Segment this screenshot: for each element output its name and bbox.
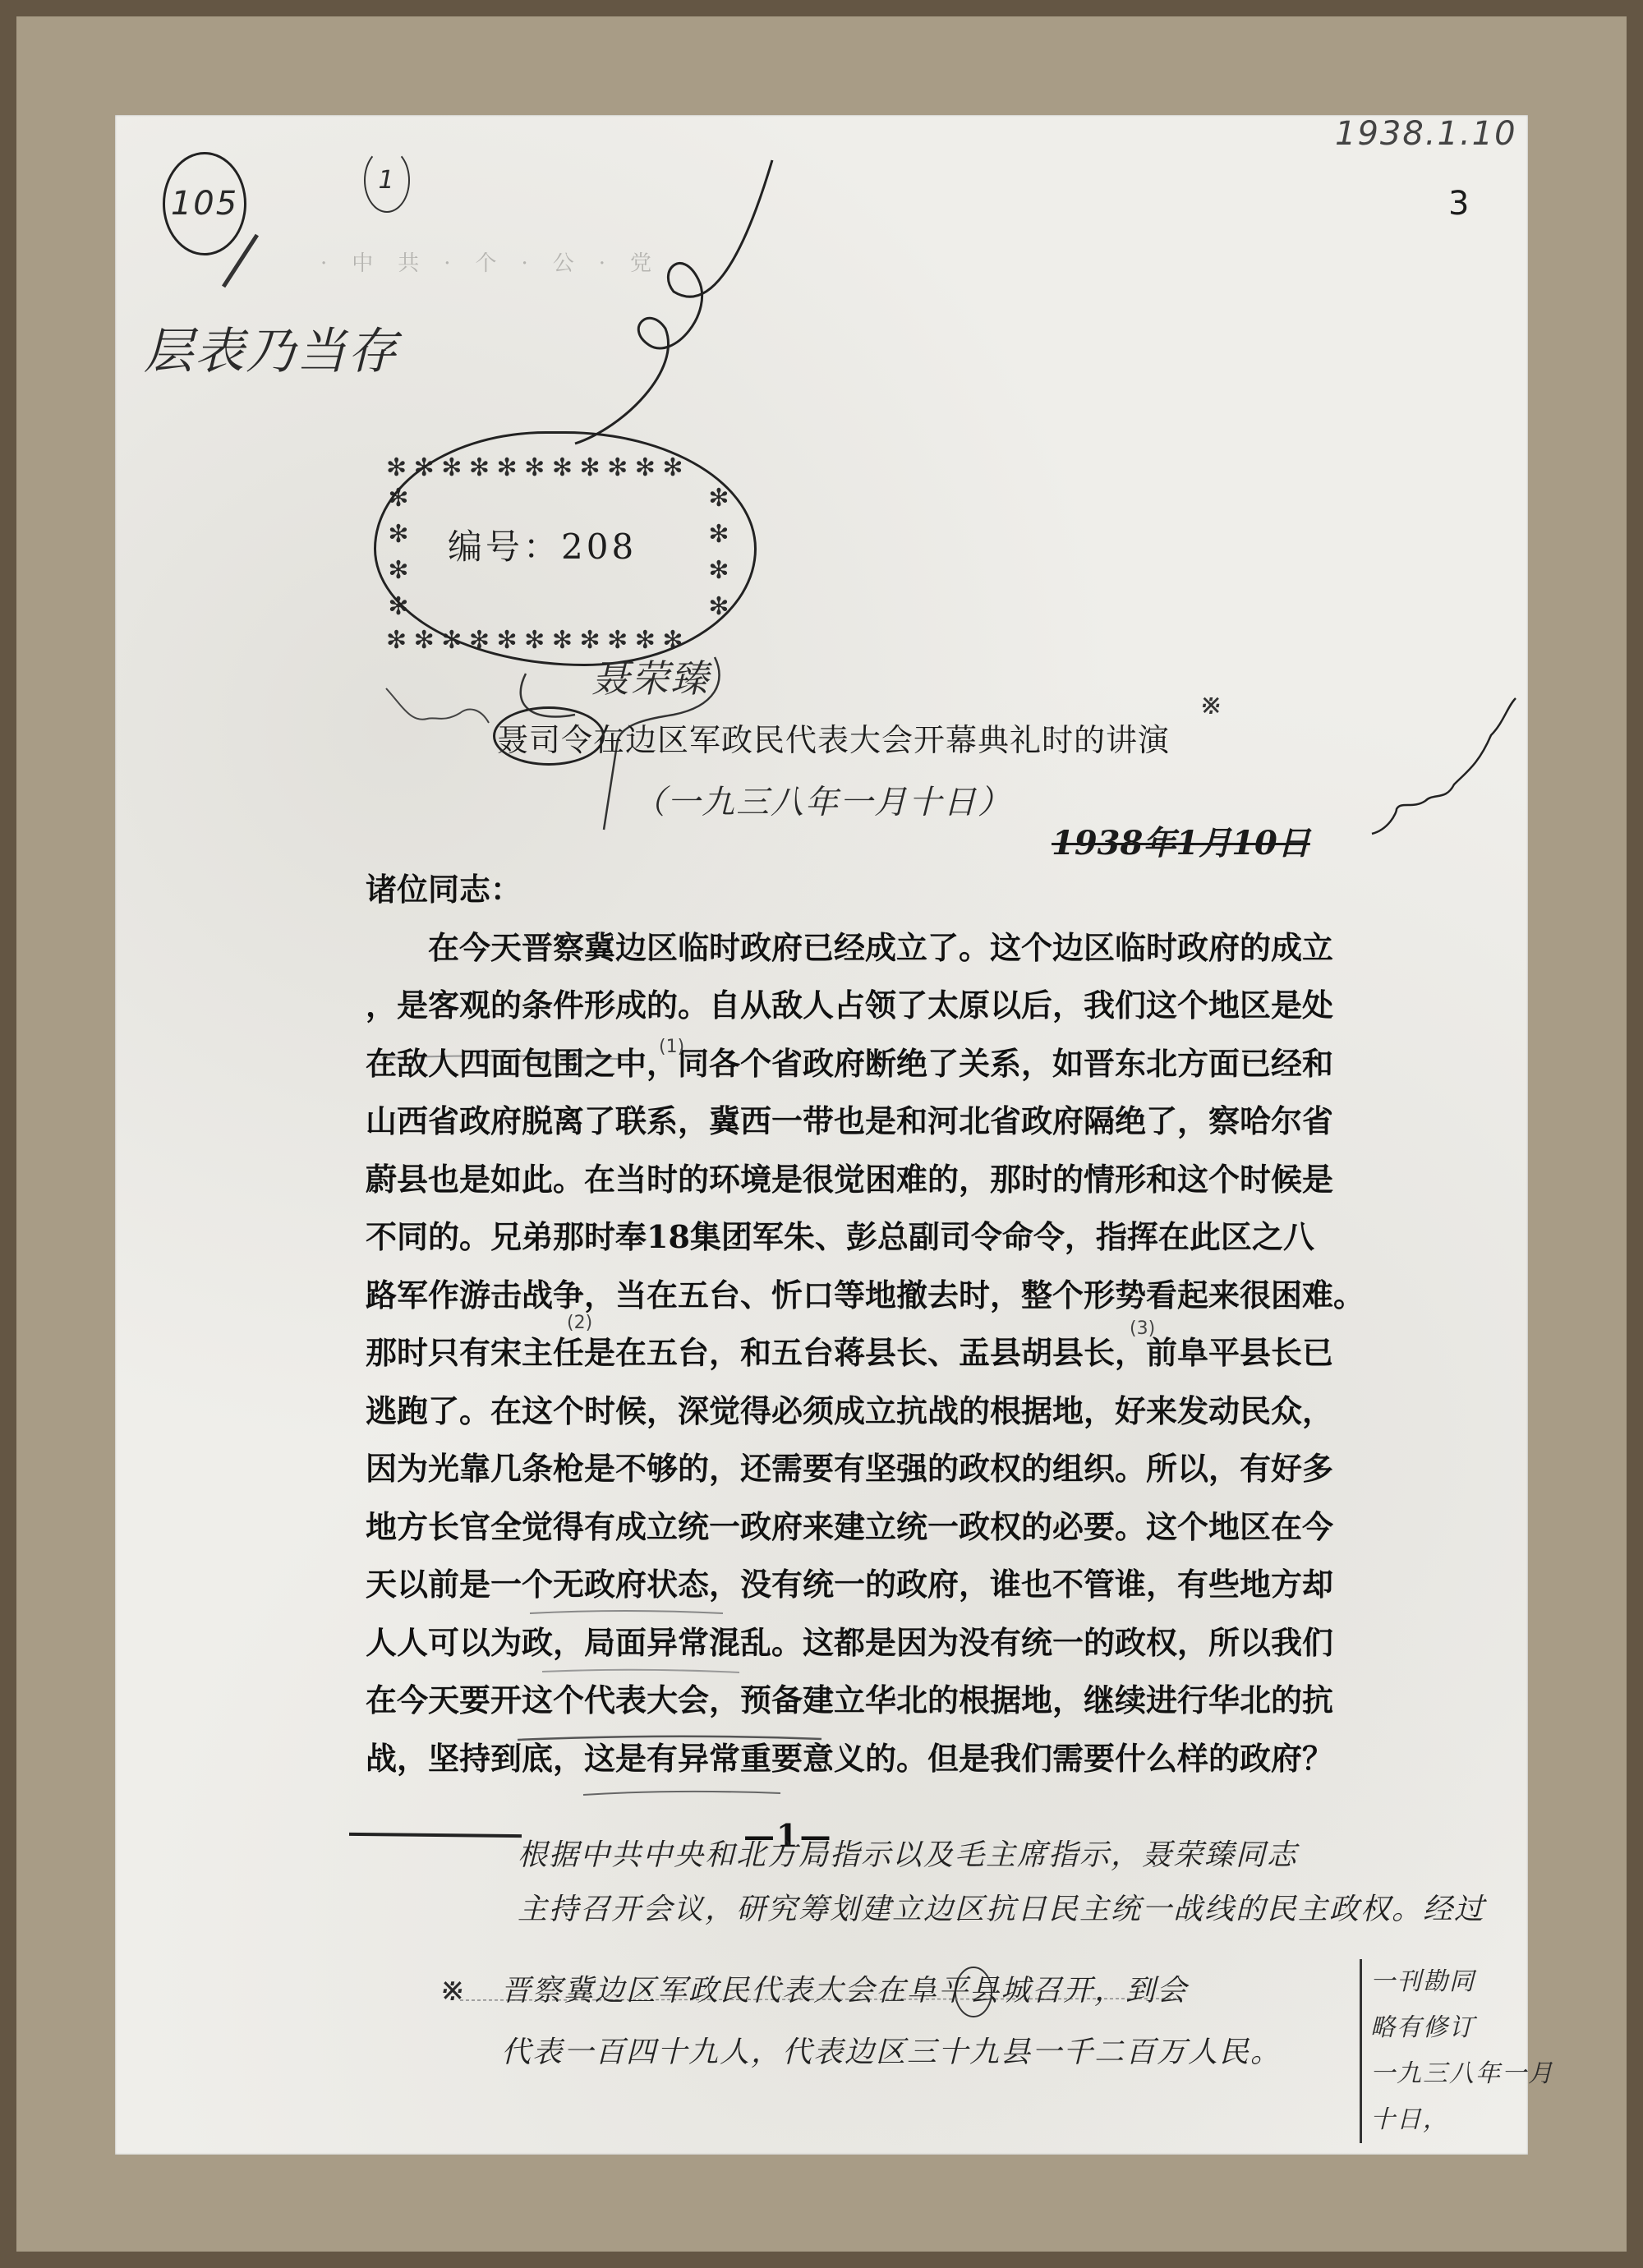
body-line: 人人可以为政，局面异常混乱。这都是因为没有统一的政权，所以我们 bbox=[366, 1614, 1368, 1672]
footnote-line-4: 代表一百四十九人，代表边区三十九县一千二百万人民。 bbox=[501, 2029, 1282, 2071]
body-line: 不同的。兄弟那时奉18集团军朱、彭总副司令命令，指挥在此区之八 bbox=[366, 1208, 1368, 1267]
side-note-line: 十日， bbox=[1370, 2097, 1554, 2143]
body-line: 在敌人四面包围之中，同各个省政府断绝了关系，如晋东北方面已经和 bbox=[366, 1035, 1368, 1093]
margin-note-2: (2) bbox=[567, 1313, 592, 1333]
speech-body: 诸位同志： 在今天晋察冀边区临时政府已经成立了。这个边区临时政府的成立，是客观的… bbox=[366, 861, 1368, 1787]
body-line: 因为光靠几条枪是不够的，还需要有坚强的政权的组织。所以，有好多 bbox=[366, 1440, 1368, 1498]
side-note-line: 一刊勘同 bbox=[1370, 1959, 1554, 2005]
body-line: 在今天要开这个代表大会，预备建立华北的根据地，继续进行华北的抗 bbox=[366, 1672, 1368, 1730]
archive-number: 105 bbox=[171, 185, 238, 223]
handwritten-signature: 聂荣臻 bbox=[591, 649, 710, 703]
body-line: 天以前是一个无政府状态，没有统一的政府，谁也不管谁，有些地方却 bbox=[366, 1556, 1368, 1614]
side-note-line: 一九三八年一月 bbox=[1370, 2051, 1554, 2097]
body-line: ，是客观的条件形成的。自从敌人占领了太原以后，我们这个地区是处 bbox=[366, 977, 1368, 1035]
page-number-top: 3 bbox=[1448, 185, 1469, 223]
circled-mark: 1 bbox=[364, 148, 410, 213]
handwritten-date-top-right: 1938.1.10 bbox=[1335, 115, 1517, 153]
margin-note-1: (1) bbox=[659, 1037, 684, 1057]
salutation: 诸位同志： bbox=[366, 861, 1368, 919]
side-note-line: 略有修订 bbox=[1370, 2005, 1554, 2051]
body-line: 路军作游击战争，当在五台、忻口等地撤去时，整个形势看起来很困难。 bbox=[366, 1267, 1368, 1325]
body-line: 战，坚持到底，这是有异常重要意义的。但是我们需要什么样的政府？ bbox=[366, 1730, 1368, 1788]
body-line: 地方长官全觉得有成立统一政府来建立统一政权的必要。这个地区在今 bbox=[366, 1498, 1368, 1557]
footnote-marker: ※ bbox=[440, 1971, 467, 2008]
title-asterisk: ※ bbox=[1199, 688, 1225, 721]
body-line: 蔚县也是如此。在当时的环境是很觉困难的，那时的情形和这个时候是 bbox=[366, 1151, 1368, 1209]
footnote-line-2: 主持召开会议，研究筹划建立边区抗日民主统一战线的民主政权。经过 bbox=[518, 1886, 1485, 1928]
faded-stamp-text: ·中共·个·公·党 bbox=[320, 246, 676, 277]
body-line: 在今天晋察冀边区临时政府已经成立了。这个边区临时政府的成立 bbox=[366, 919, 1368, 978]
margin-note-3: (3) bbox=[1130, 1318, 1155, 1339]
footnote-side-note: 一刊勘同略有修订一九三八年一月十日， bbox=[1360, 1959, 1554, 2143]
footnote-line-1: 根据中共中央和北方局指示以及毛主席指示，聂荣臻同志 bbox=[518, 1832, 1298, 1874]
handwritten-date: （一九三八年一月十日） bbox=[633, 776, 1012, 823]
circled-mark-text: 1 bbox=[378, 166, 395, 195]
footnote-line-3: 晋察冀边区军政民代表大会在阜平县城召开，到会 bbox=[501, 1967, 1188, 2009]
struck-printed-date: 1938年1月10日 bbox=[1052, 817, 1310, 864]
body-paragraph: 在今天晋察冀边区临时政府已经成立了。这个边区临时政府的成立，是客观的条件形成的。… bbox=[366, 919, 1368, 1788]
handwritten-note-top-left: 层表乃当存 bbox=[144, 312, 398, 383]
body-line: 逃跑了。在这个时候，深觉得必须成立抗战的根据地，好来发动民众， bbox=[366, 1382, 1368, 1441]
archive-number-circled: 105 bbox=[163, 152, 246, 255]
body-line: 那时只有宋主任是在五台，和五台蒋县长、盂县胡县长，前阜平县长已 bbox=[366, 1324, 1368, 1382]
body-line: 山西省政府脱离了联系，冀西一带也是和河北省政府隔绝了，察哈尔省 bbox=[366, 1093, 1368, 1151]
title-circle-mark bbox=[493, 706, 605, 766]
